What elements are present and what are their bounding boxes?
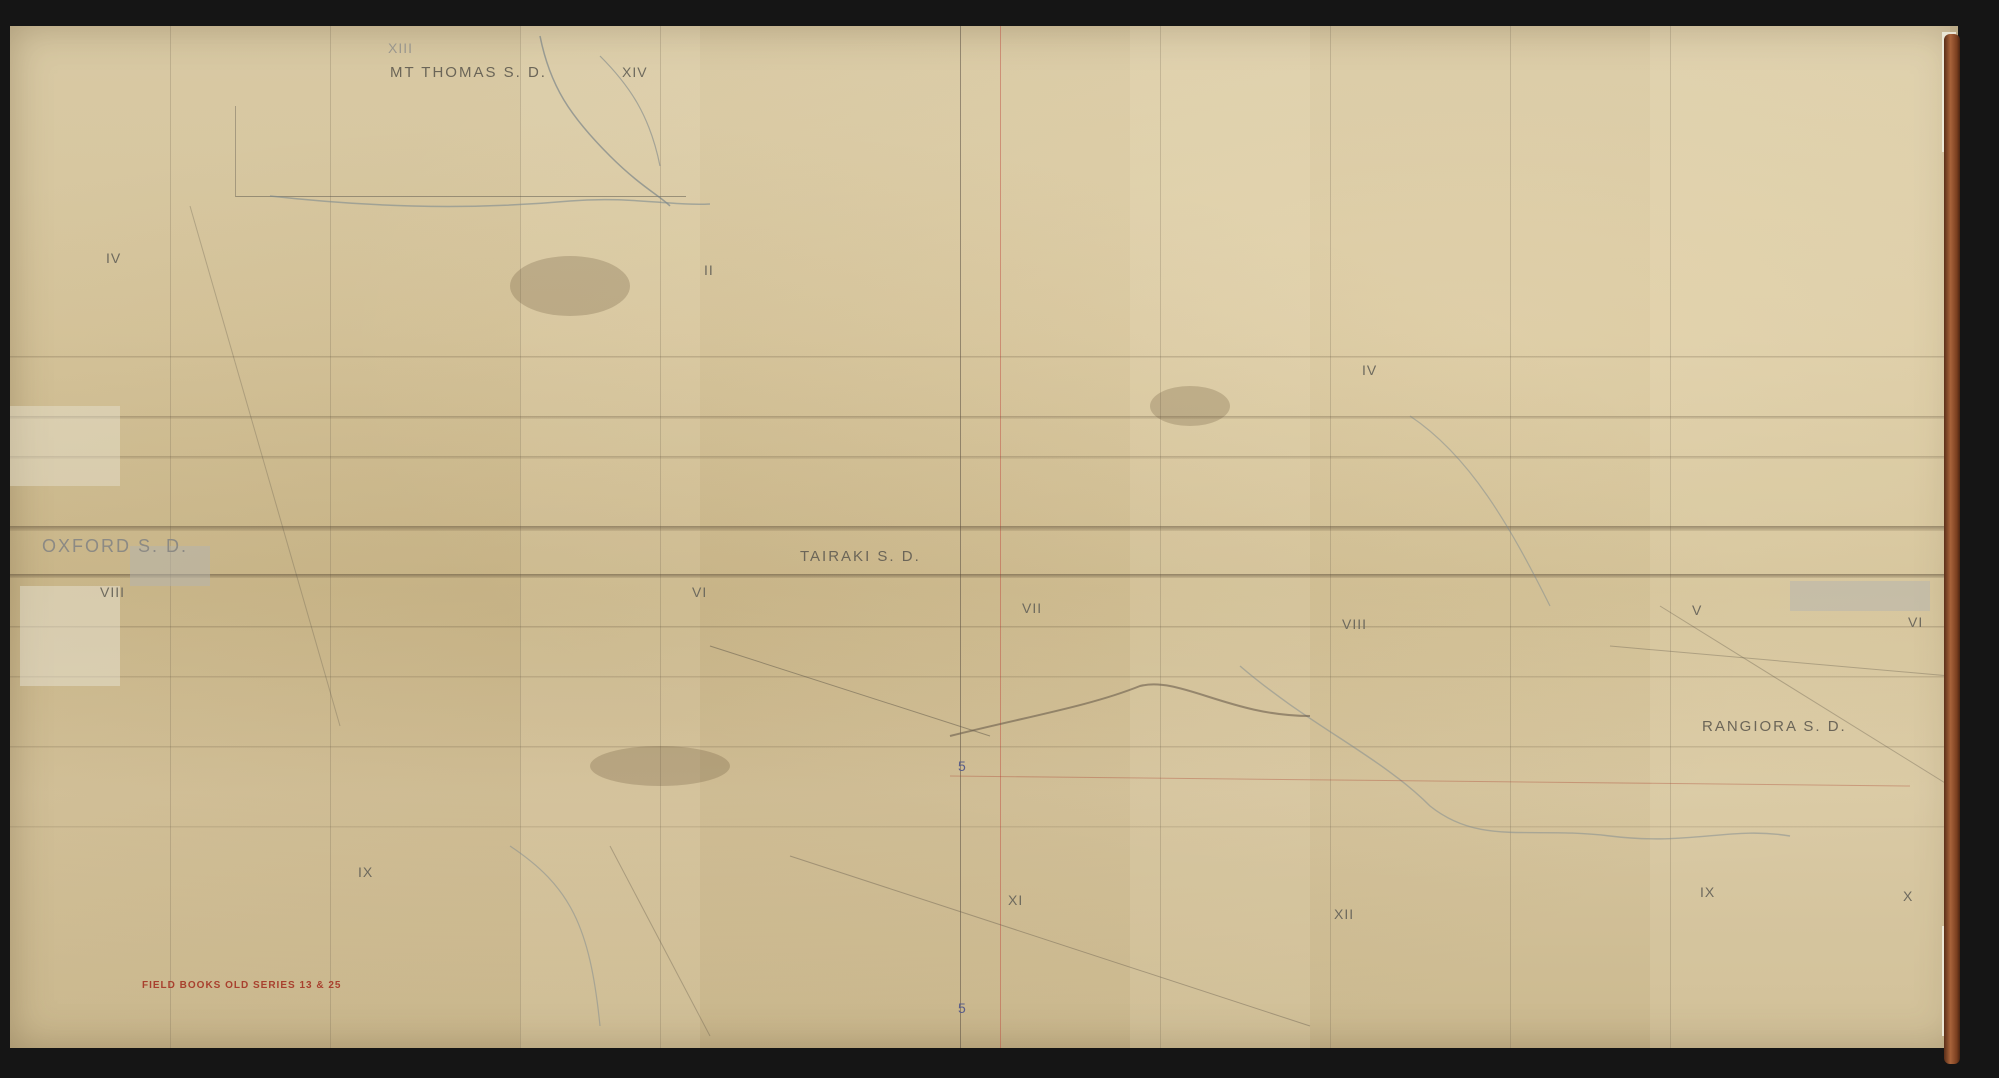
- block-number: IX: [1700, 884, 1715, 900]
- block-number: XIII: [388, 40, 413, 56]
- annotation-number: 5: [958, 758, 967, 774]
- block-number: VI: [692, 584, 707, 600]
- paper-damage: [20, 586, 120, 686]
- paper-damage: [10, 406, 120, 486]
- stain: [590, 746, 730, 786]
- block-number: V: [1692, 602, 1702, 618]
- block-number: VI: [1908, 614, 1923, 630]
- district-label-tairaki: TAIRAKI S. D.: [800, 548, 921, 565]
- survey-map-sheet: MT THOMAS S. D. OXFORD S. D. TAIRAKI S. …: [10, 26, 1958, 1048]
- paper-damage: [1790, 581, 1930, 611]
- district-label-rangiora: RANGIORA S. D.: [1702, 718, 1847, 735]
- block-number: XIV: [622, 64, 648, 80]
- field-books-stamp: FIELD BOOKS OLD SERIES 13 & 25: [142, 980, 341, 991]
- wooden-roller-rod: [1944, 34, 1960, 1064]
- block-number: XII: [1334, 906, 1354, 922]
- block-number: VIII: [1342, 616, 1367, 632]
- annotation-number: 5: [958, 1000, 967, 1016]
- district-label-mt-thomas: MT THOMAS S. D.: [390, 64, 547, 81]
- block-number: IV: [106, 250, 121, 266]
- block-number: IV: [1362, 362, 1377, 378]
- stain: [510, 256, 630, 316]
- stain: [1150, 386, 1230, 426]
- block-number: XI: [1008, 892, 1023, 908]
- block-number: X: [1903, 888, 1913, 904]
- block-number: VII: [1022, 600, 1042, 616]
- block-number: IX: [358, 864, 373, 880]
- block-number: VIII: [100, 584, 125, 600]
- block-number: II: [704, 262, 714, 278]
- district-label-oxford: OXFORD S. D.: [42, 536, 188, 557]
- river-icon: [10, 26, 1958, 1048]
